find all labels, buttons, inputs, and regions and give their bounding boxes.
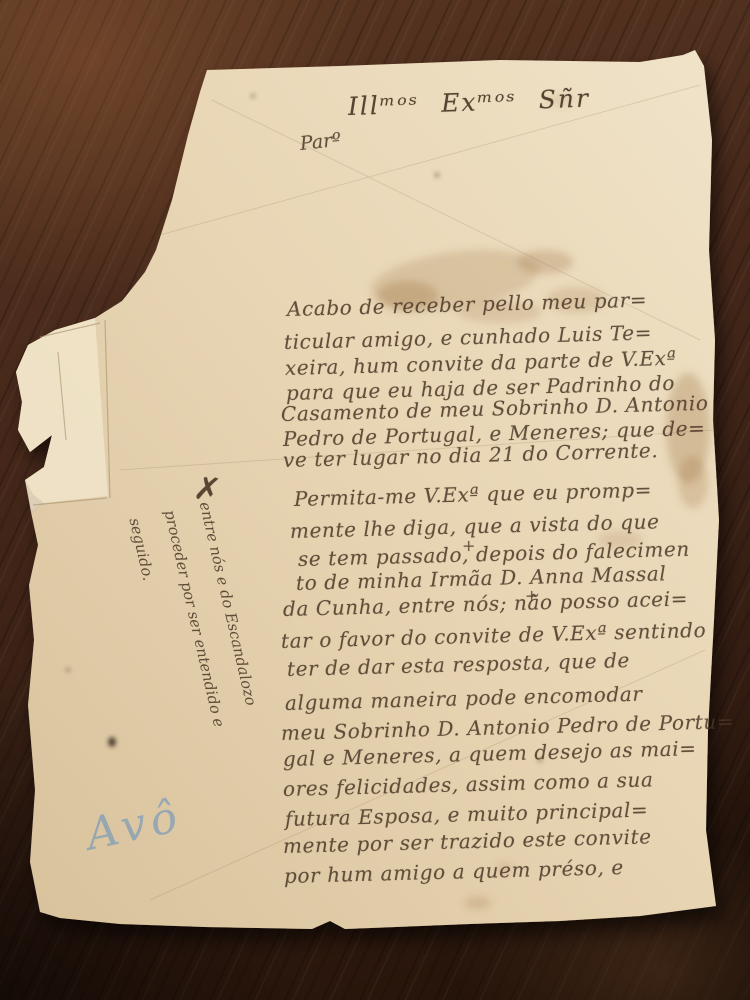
insertion-mark-1: + — [462, 536, 475, 555]
letter-addressee: Parº — [299, 129, 342, 155]
insertion-mark-2: + — [525, 586, 538, 605]
torn-flap — [16, 318, 108, 512]
